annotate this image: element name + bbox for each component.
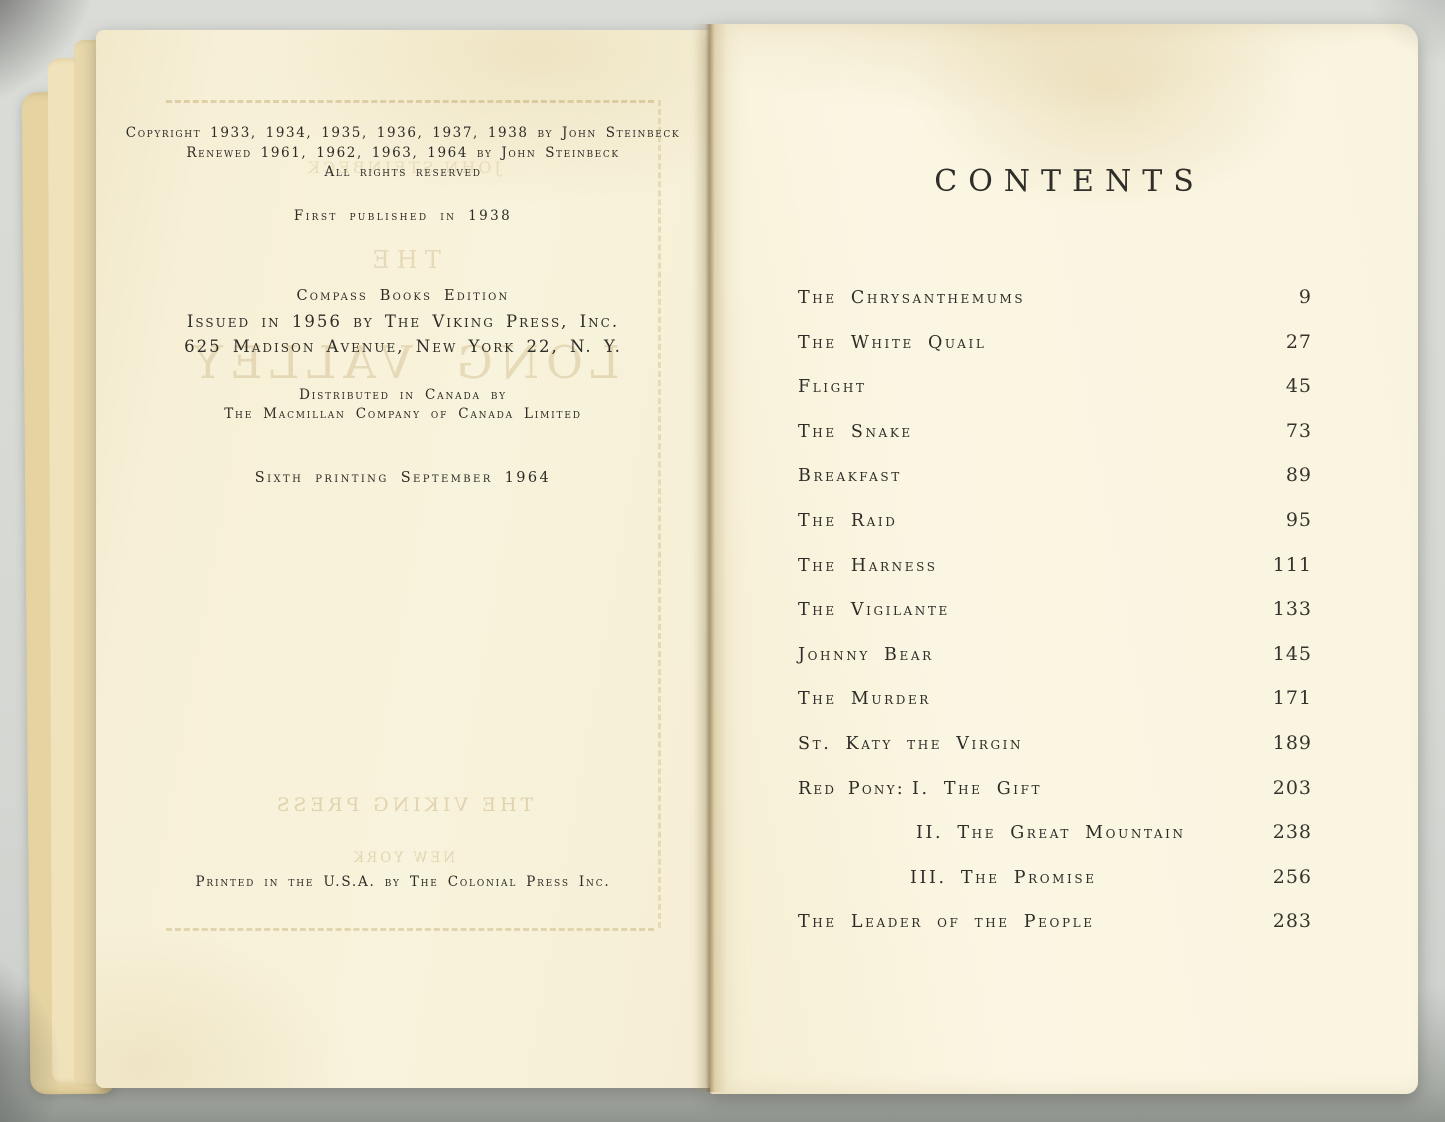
ghost-border-bottom xyxy=(166,928,654,931)
copyright-line-2: Renewed 1961, 1962, 1963, 1964 by John S… xyxy=(96,144,710,164)
toc-row: II. The Great Mountain238 xyxy=(798,821,1312,866)
toc-entry-title: III. The Promise xyxy=(798,868,1258,888)
distribution-line-2: The Macmillan Company of Canada Limited xyxy=(96,405,710,424)
edition-block: Compass Books Edition Issued in 1956 by … xyxy=(96,284,710,359)
first-published-line: First published in 1938 xyxy=(96,208,710,224)
toc-entry-page: 45 xyxy=(1258,375,1312,397)
toc-entry-title: Flight xyxy=(798,377,1258,397)
toc-entry-title: The Leader of the People xyxy=(798,912,1258,932)
contents-heading: CONTENTS xyxy=(710,164,1418,199)
toc-entry-page: 189 xyxy=(1258,732,1312,754)
toc-row: The White Quail27 xyxy=(798,331,1312,376)
toc-row: The Vigilante133 xyxy=(798,598,1312,643)
toc-entry-title: The White Quail xyxy=(798,333,1258,353)
ghost-city-text: NEW YORK xyxy=(96,850,710,866)
toc-entry-page: 73 xyxy=(1258,420,1312,442)
edition-line-2: Issued in 1956 by The Viking Press, Inc. xyxy=(96,309,710,334)
toc-row: The Leader of the People283 xyxy=(798,910,1312,955)
toc-row: The Raid95 xyxy=(798,509,1312,554)
toc-row: Red Pony:I. The Gift203 xyxy=(798,777,1312,822)
printing-line: Sixth printing September 1964 xyxy=(96,470,710,486)
toc-row: The Harness111 xyxy=(798,554,1312,599)
toc-entry-title: The Snake xyxy=(798,422,1258,442)
toc-row: The Snake73 xyxy=(798,420,1312,465)
toc-entry-title: Breakfast xyxy=(798,466,1258,486)
toc-entry-title: The Murder xyxy=(798,689,1258,709)
edition-line-3: 625 Madison Avenue, New York 22, N. Y. xyxy=(96,334,710,359)
toc-entry-page: 171 xyxy=(1258,687,1312,709)
edition-line-1: Compass Books Edition xyxy=(96,284,710,309)
toc-row: The Murder171 xyxy=(798,687,1312,732)
distribution-line-1: Distributed in Canada by xyxy=(96,386,710,405)
toc-row: III. The Promise256 xyxy=(798,866,1312,911)
toc-row: Flight45 xyxy=(798,375,1312,420)
toc-entry-page: 27 xyxy=(1258,331,1312,353)
toc-entry-title: I. The Gift xyxy=(912,779,1258,799)
toc-entry-page: 95 xyxy=(1258,509,1312,531)
distribution-block: Distributed in Canada by The Macmillan C… xyxy=(96,386,710,424)
toc-entry-title: Johnny Bear xyxy=(798,645,1258,665)
contents-page: CONTENTS The Chrysanthemums9The White Qu… xyxy=(710,24,1418,1094)
copyright-page: JOHN STEINBECK THE LONG VALLEY THE VIKIN… xyxy=(96,30,710,1088)
toc-entry-page: 145 xyxy=(1258,643,1312,665)
toc-entry-page: 9 xyxy=(1258,286,1312,308)
toc-entry-title: The Chrysanthemums xyxy=(798,288,1258,308)
toc-entry-page: 238 xyxy=(1258,821,1312,843)
copyright-line-3: All rights reserved xyxy=(96,163,710,183)
toc: The Chrysanthemums9The White Quail27Flig… xyxy=(798,286,1312,955)
toc-entry-prefix: Red Pony: xyxy=(798,779,912,799)
toc-entry-title: II. The Great Mountain xyxy=(798,823,1258,843)
open-book-photo: JOHN STEINBECK THE LONG VALLEY THE VIKIN… xyxy=(0,0,1445,1122)
toc-entry-page: 283 xyxy=(1258,910,1312,932)
toc-entry-title: The Harness xyxy=(798,556,1258,576)
toc-entry-title: The Raid xyxy=(798,511,1258,531)
ghost-title-line-1: THE xyxy=(96,246,710,274)
toc-row: The Chrysanthemums9 xyxy=(798,286,1312,331)
toc-row: Breakfast89 xyxy=(798,464,1312,509)
toc-row: St. Katy the Virgin189 xyxy=(798,732,1312,777)
printer-line: Printed in the U.S.A. by The Colonial Pr… xyxy=(96,874,710,890)
toc-entry-page: 111 xyxy=(1258,554,1312,576)
copyright-line-1: Copyright 1933, 1934, 1935, 1936, 1937, … xyxy=(96,124,710,144)
toc-entry-page: 133 xyxy=(1258,598,1312,620)
toc-entry-page: 203 xyxy=(1258,777,1312,799)
toc-entry-page: 89 xyxy=(1258,464,1312,486)
ghost-border-top xyxy=(166,100,654,103)
toc-entry-page: 256 xyxy=(1258,866,1312,888)
copyright-block: Copyright 1933, 1934, 1935, 1936, 1937, … xyxy=(96,124,710,183)
toc-row: Johnny Bear145 xyxy=(798,643,1312,688)
toc-entry-title: St. Katy the Virgin xyxy=(798,734,1258,754)
ghost-publisher-text: THE VIKING PRESS xyxy=(96,794,710,816)
toc-entry-title: The Vigilante xyxy=(798,600,1258,620)
